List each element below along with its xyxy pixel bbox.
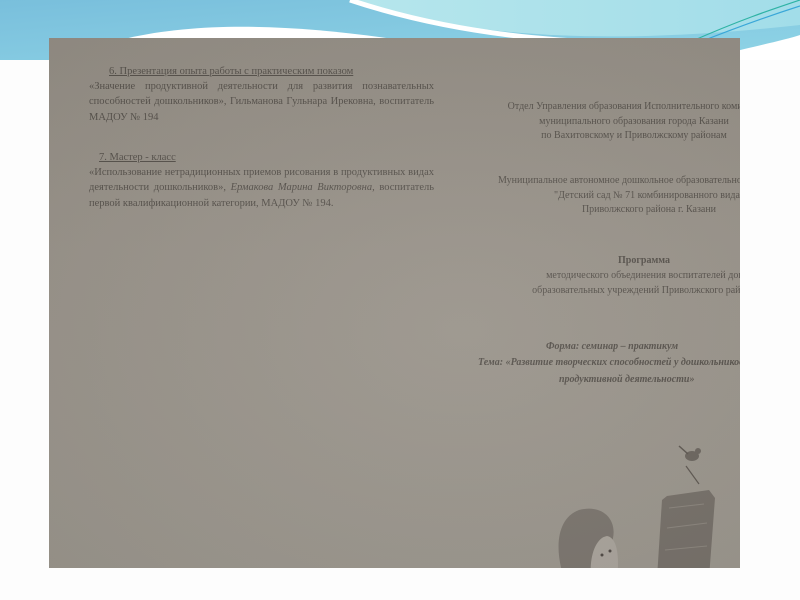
dept-line: муниципального образования города Казани — [469, 115, 740, 130]
pencil-sketch-illustration — [539, 438, 739, 568]
item-7-author: Ермакова Марина Викторовна, — [231, 182, 375, 193]
item-7-heading: 7. Мастер - класс — [89, 150, 434, 165]
institution-line: Приволжского района г. Казани — [484, 203, 740, 218]
form-line: Форма: семинар – практикум — [546, 340, 678, 355]
item-6-heading: 6. Презентация опыта работы с практическ… — [89, 64, 434, 79]
theme-line-1: Тема: «Развитие творческих способностей … — [478, 356, 740, 371]
dept-line: по Вахитовскому и Приволжскому районам — [469, 129, 740, 144]
program-line: образовательных учреждений Приволжского … — [499, 284, 740, 299]
institution-header: Муниципальное автономное дошкольное обра… — [484, 174, 740, 218]
bird-icon — [679, 446, 701, 484]
item-7: 7. Мастер - класс «Использование нетради… — [89, 150, 434, 211]
item-6: 6. Презентация опыта работы с практическ… — [89, 64, 434, 125]
institution-line: "Детский сад № 71 комбинированного вида" — [484, 189, 740, 204]
department-header: Отдел Управления образования Исполнитель… — [469, 100, 740, 144]
item-7-body: «Использование нетрадиционных приемов ри… — [89, 165, 434, 211]
theme-line-2: продуктивной деятельности» — [559, 373, 694, 388]
institution-line: Муниципальное автономное дошкольное обра… — [484, 174, 740, 189]
document-photo: 6. Презентация опыта работы с практическ… — [49, 38, 740, 568]
child-figure-icon — [559, 509, 618, 568]
item-6-body: «Значение продуктивной деятельности для … — [89, 79, 434, 125]
program-title: Программа — [479, 254, 740, 269]
program-line: методического объединения воспитателей д… — [499, 269, 740, 284]
program-subtitle: методического объединения воспитателей д… — [499, 269, 740, 298]
dept-line: Отдел Управления образования Исполнитель… — [469, 100, 740, 115]
